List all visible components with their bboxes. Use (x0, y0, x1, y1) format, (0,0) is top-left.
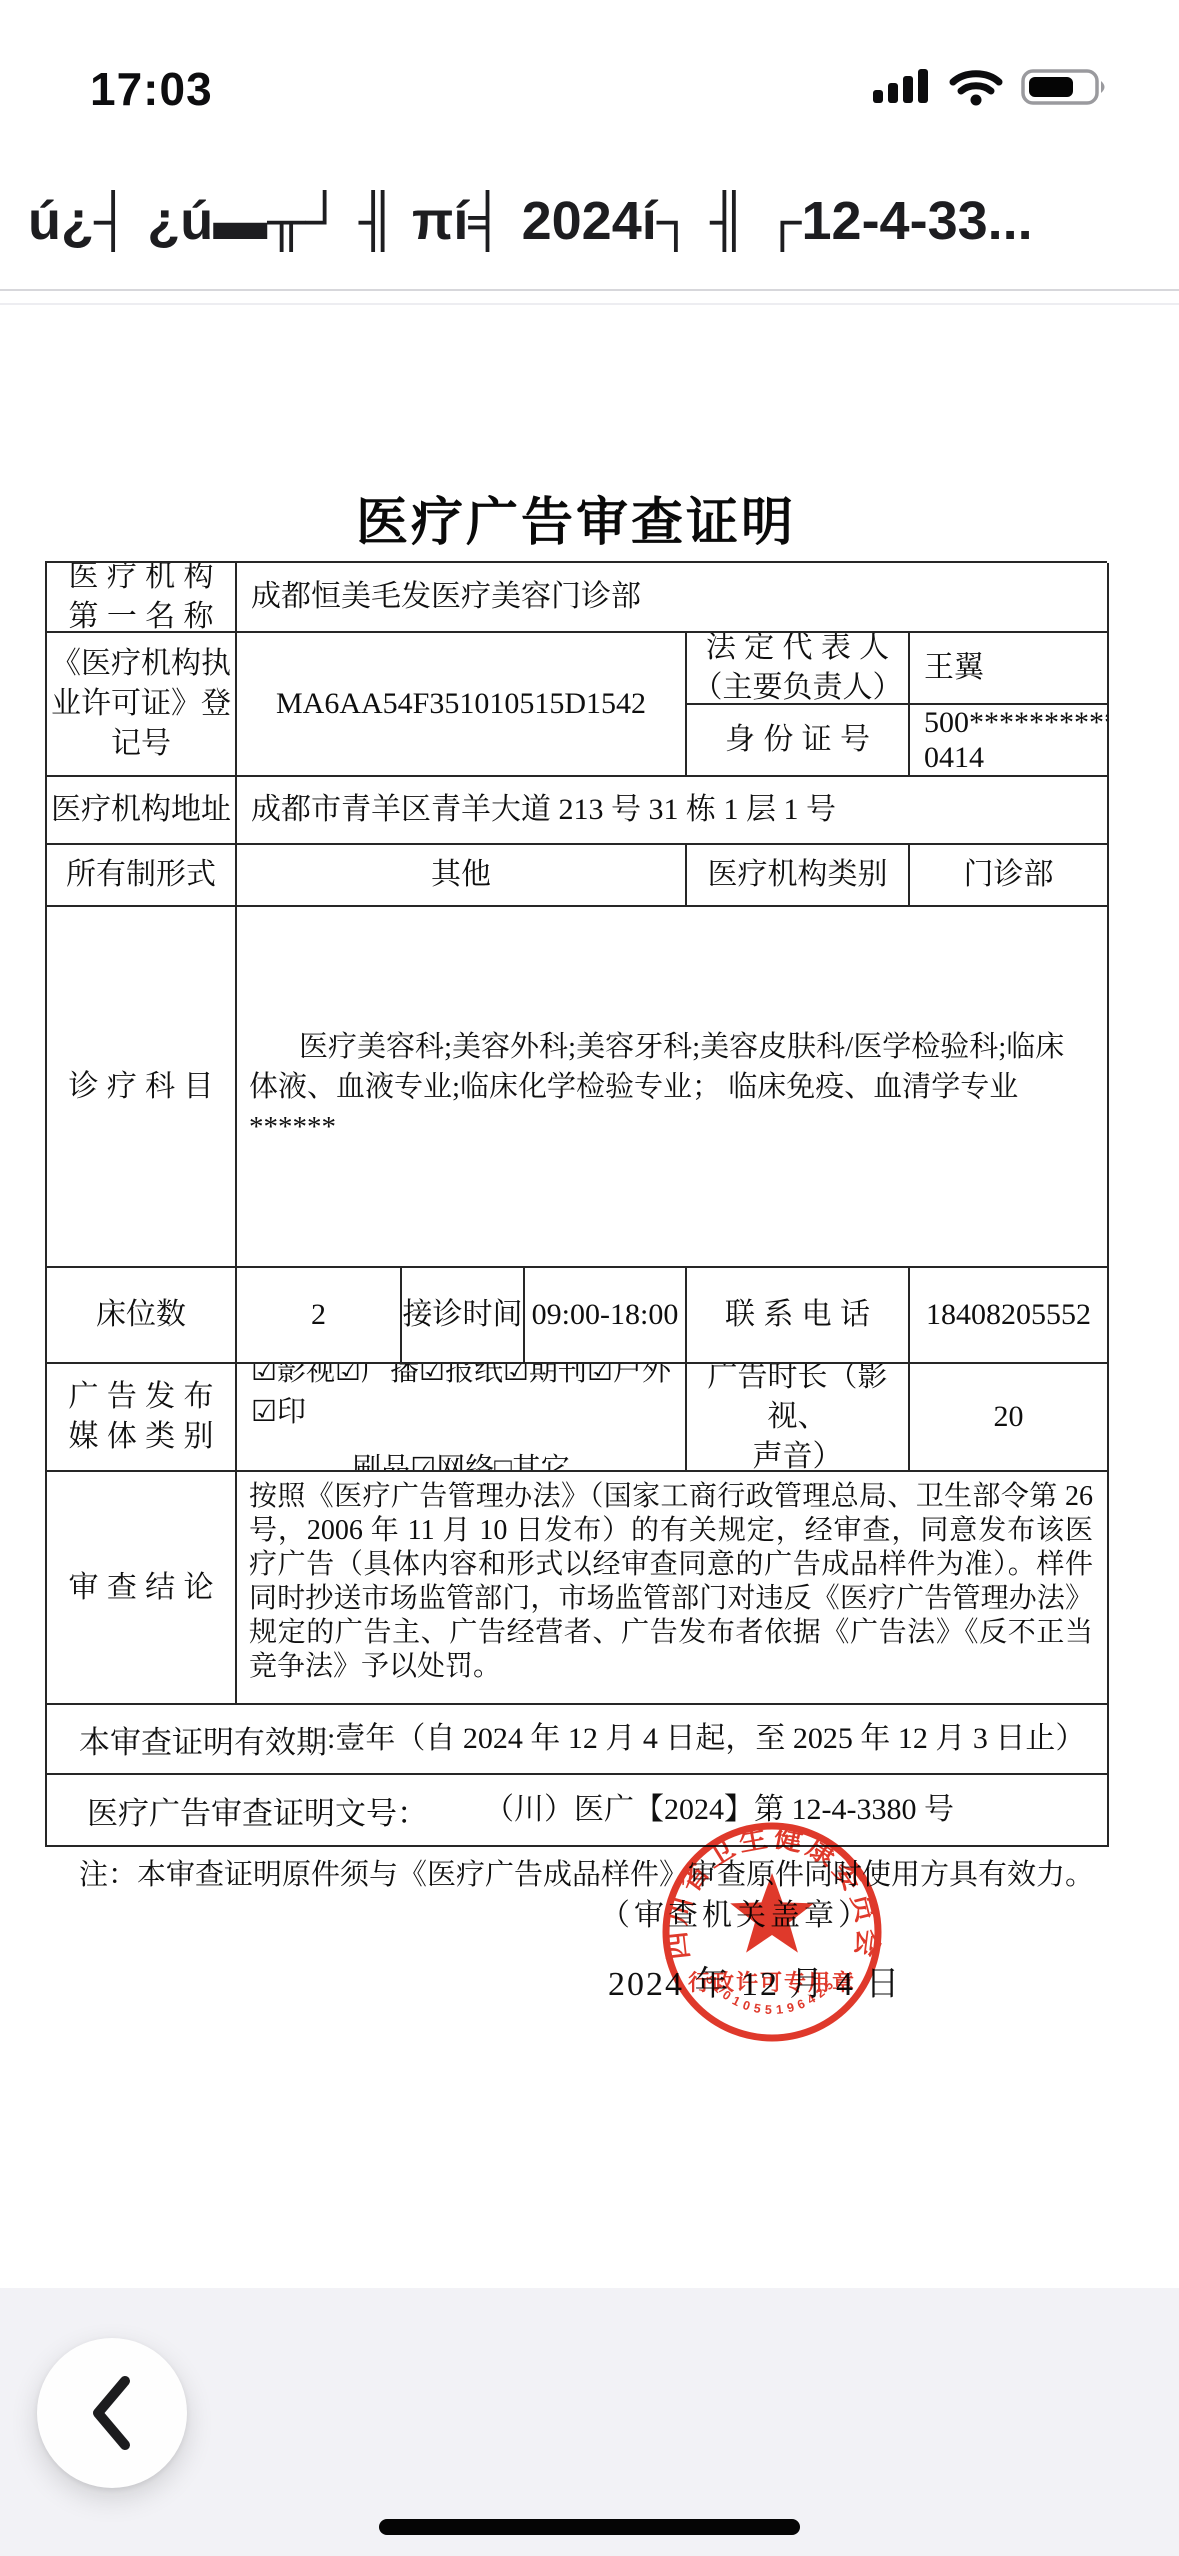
category-label: 医疗机构类别 (687, 845, 910, 907)
file-title: ú¿┤ ¿ú▬╥┘ ╢ πí╡ 2024í┐ ╢ ┌12-4-33... (28, 190, 1158, 252)
cellular-signal-icon (873, 68, 931, 106)
sheet-top-edge (0, 303, 1179, 305)
validity-value: :壹年（自 2024 年 12 月 4 日起，至 2025 年 12 月 3 日… (327, 1720, 1085, 1758)
license-reg-no-label: 《医疗机构执 业许可证》登 记号 (47, 633, 237, 777)
media-types-line2: 刷品☑网络□其它 (245, 1446, 677, 1473)
id-number-label: 身 份 证 号 (687, 705, 910, 777)
phone-value: 18408205552 (910, 1268, 1109, 1364)
beds-value: 2 (237, 1268, 402, 1364)
certificate-number-label: 医疗广告审查证明文号： (87, 1788, 428, 1833)
media-types-label: 广 告 发 布 媒 体 类 别 (47, 1364, 237, 1472)
address-label: 医疗机构地址 (47, 777, 237, 845)
license-reg-no-value: MA6AA54F351010515D1542 (237, 633, 687, 777)
media-types-value: ☑影视☑广播☑报纸☑期刊☑户外☑印 刷品☑网络□其它 (237, 1364, 687, 1472)
chevron-left-icon (89, 2374, 135, 2452)
certificate-table: 医 疗 机 构 第 一 名 称 成都恒美毛发医疗美容门诊部 《医疗机构执 业许可… (45, 561, 1107, 1847)
category-value: 门诊部 (910, 845, 1109, 907)
id-number-value: 500*********** 0414 (910, 705, 1109, 777)
nav-divider (0, 289, 1179, 291)
review-conclusion-text: 按照《医疗广告管理办法》（国家工商行政管理总局、卫生部令第 26 号，2006 … (249, 1480, 1093, 1684)
back-button[interactable] (37, 2338, 187, 2488)
screen: 17:03 ú¿┤ ¿ú▬╥┘ ╢ πí╡ 2024í┐ ╢ ┌12-4-33.… (0, 0, 1179, 2556)
home-indicator[interactable] (379, 2519, 800, 2535)
status-icons (873, 68, 1111, 106)
ownership-label: 所有制形式 (47, 845, 237, 907)
hours-value: 09:00-18:00 (525, 1268, 687, 1364)
status-time: 17:03 (90, 62, 213, 116)
treatment-subjects-label: 诊 疗 科 目 (47, 907, 237, 1268)
certificate-number-row: 医疗广告审查证明文号：（川）医广【2024】第 12-4-3380 号 (47, 1775, 1109, 1847)
media-types-line1: ☑影视☑广播☑报纸☑期刊☑户外☑印 (245, 1364, 677, 1430)
org-name-value: 成都恒美毛发医疗美容门诊部 (237, 563, 1109, 633)
beds-label: 床位数 (47, 1268, 237, 1364)
validity-label: 本审查证明有效期 (79, 1717, 327, 1762)
treatment-subjects-text: 医疗美容科;美容外科;美容牙科;美容皮肤科/医学检验科;临床体液、血液专业;临床… (249, 1027, 1091, 1147)
validity-row: 本审查证明有效期:壹年（自 2024 年 12 月 4 日起，至 2025 年 … (47, 1705, 1109, 1775)
ad-duration-label: 广告时长（影视、 声音） (687, 1364, 910, 1472)
certificate-title: 医疗广告审查证明 (45, 480, 1107, 555)
battery-icon (1021, 68, 1111, 106)
legal-rep-value: 王翼 (910, 633, 1109, 705)
hours-label: 接诊时间 (402, 1268, 525, 1364)
legal-rep-label: 法 定 代 表 人 （主要负责人） (687, 633, 910, 705)
wifi-icon (949, 68, 1003, 106)
phone-label: 联 系 电 话 (687, 1268, 910, 1364)
org-name-label: 医 疗 机 构 第 一 名 称 (47, 563, 237, 633)
review-conclusion-label: 审 查 结 论 (47, 1472, 237, 1705)
ad-duration-value: 20 (910, 1364, 1109, 1472)
seal-star (730, 1873, 814, 1953)
review-conclusion-value: 按照《医疗广告管理办法》（国家工商行政管理总局、卫生部令第 26 号，2006 … (237, 1472, 1109, 1705)
review-note: 注：本审查证明原件须与《医疗广告成品样件》审查原件同时使用方具有效力。 (79, 1852, 1109, 1893)
treatment-subjects-value: 医疗美容科;美容外科;美容牙科;美容皮肤科/医学检验科;临床体液、血液专业;临床… (237, 907, 1109, 1268)
official-seal: 四川省卫生健康委员会 行政许可专用章 5101055196425 (654, 1814, 890, 2050)
ownership-value: 其他 (237, 845, 687, 907)
address-value: 成都市青羊区青羊大道 213 号 31 栋 1 层 1 号 (237, 777, 1109, 845)
